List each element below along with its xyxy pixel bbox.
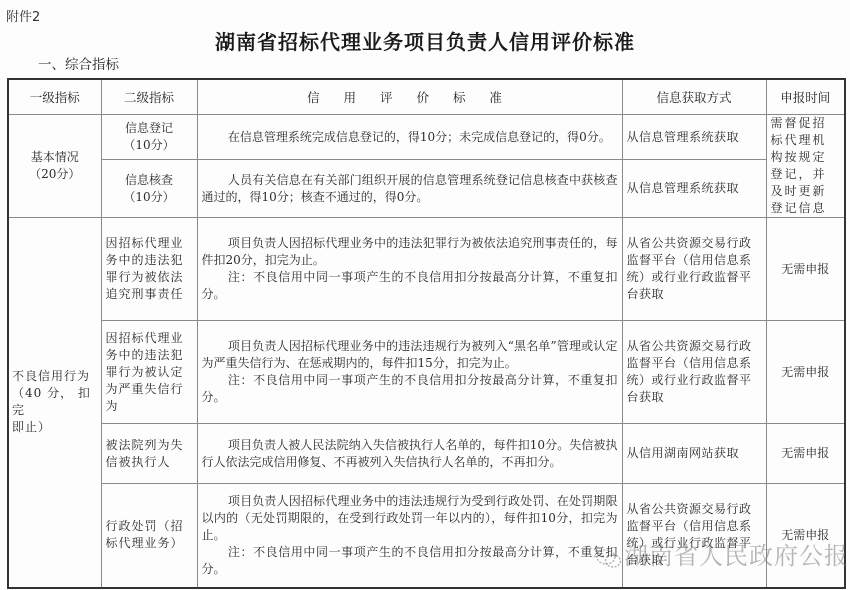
header-info-source: 信息获取方式 (622, 79, 766, 115)
secondary-indicator-line: 信息登记 (106, 120, 193, 137)
table-row: 不良信用行为 （40 分， 扣完 即止） 因招标代理业务中的违法犯罪行为被依法追… (8, 218, 845, 321)
criteria-paragraph: 项目负责人因招标代理业务中的违法违规行为被列入“黑名单”管理或认定为严重失信行为… (202, 338, 618, 372)
primary-indicator-line: （20分） (13, 166, 97, 183)
header-criteria: 信 用 评 价 标 准 (197, 79, 622, 115)
table-row: 因招标代理业务中的违法犯罪行为被认定为严重失信行为 项目负责人因招标代理业务中的… (8, 321, 845, 424)
table-row: 被法院列为失信被执行人 项目负责人被人民法院纳入失信被执行人名单的，每件扣10分… (8, 424, 845, 484)
report-time-cell: 无需申报 (766, 218, 845, 321)
wechat-icon (596, 547, 622, 567)
secondary-indicator-line: （10分） (106, 137, 193, 154)
primary-indicator-line: 基本情况 (13, 149, 97, 166)
info-source-cell: 从省公共资源交易行政监督平台（信用信息系统）或行业行政监督平台获取 (622, 218, 766, 321)
criteria-cell: 在信息管理系统完成信息登记的，得10分；未完成信息登记的，得0分。 (197, 115, 622, 160)
document-title: 湖南省招标代理业务项目负责人信用评价标准 (0, 26, 850, 55)
secondary-indicator-cell: 信息登记 （10分） (101, 115, 197, 160)
table-header-row: 一级指标 二级指标 信 用 评 价 标 准 信息获取方式 申报时间 (8, 79, 845, 115)
report-time-cell: 无需申报 (766, 321, 845, 424)
criteria-note: 注：不良信用中同一事项产生的不良信用扣分按最高分计算，不重复扣分。 (202, 372, 618, 406)
primary-indicator-line: 即止） (12, 419, 98, 436)
header-primary-indicator: 一级指标 (8, 79, 101, 115)
header-report-time: 申报时间 (766, 79, 845, 115)
secondary-indicator-cell: 被法院列为失信被执行人 (101, 424, 197, 484)
info-source-cell: 从信息管理系统获取 (622, 115, 766, 160)
info-source-cell: 从信用湖南网站获取 (622, 424, 766, 484)
table-row: 基本情况 （20分） 信息登记 （10分） 在信息管理系统完成信息登记的，得10… (8, 115, 845, 160)
info-source-cell: 从信息管理系统获取 (622, 160, 766, 218)
secondary-indicator-cell: 因招标代理业务中的违法犯罪行为被依法追究刑事责任 (101, 218, 197, 321)
criteria-note: 注：不良信用中同一事项产生的不良信用扣分按最高分计算，不重复扣分。 (202, 269, 618, 303)
criteria-paragraph: 在信息管理系统完成信息登记的，得10分；未完成信息登记的，得0分。 (202, 129, 618, 146)
criteria-cell: 项目负责人因招标代理业务中的违法违规行为受到行政处罚、在处罚期限以内的（无处罚期… (197, 484, 622, 588)
table-row: 信息核查 （10分） 人员有关信息在有关部门组织开展的信息管理系统登记信息核查中… (8, 160, 845, 218)
criteria-paragraph: 项目负责人因招标代理业务中的违法违规行为受到行政处罚、在处罚期限以内的（无处罚期… (202, 493, 618, 544)
primary-indicator-cell: 不良信用行为 （40 分， 扣完 即止） (8, 218, 101, 588)
header-secondary-indicator: 二级指标 (101, 79, 197, 115)
watermark: 湖南省人民政府公报 (596, 536, 849, 571)
primary-indicator-cell: 基本情况 （20分） (8, 115, 101, 218)
report-time-cell: 无需申报 (766, 424, 845, 484)
secondary-indicator-cell: 行政处罚（招标代理业务） (101, 484, 197, 588)
secondary-indicator-line: （10分） (106, 189, 193, 206)
credit-evaluation-table: 一级指标 二级指标 信 用 评 价 标 准 信息获取方式 申报时间 基本情况 （… (7, 78, 846, 589)
primary-indicator-line: （40 分， 扣完 (12, 385, 98, 419)
criteria-paragraph: 项目负责人因招标代理业务中的违法犯罪行为被依法追究刑事责任的，每件扣20分，扣完… (202, 235, 618, 269)
info-source-cell: 从省公共资源交易行政监督平台（信用信息系统）或行业行政监督平台获取 (622, 321, 766, 424)
criteria-paragraph: 项目负责人被人民法院纳入失信被执行人名单的，每件扣10分。失信被执行人依法完成信… (202, 437, 618, 471)
report-time-cell: 需督促招标代理机构按规定登记，并及时更新登记信息 (766, 115, 845, 218)
criteria-cell: 项目负责人因招标代理业务中的违法犯罪行为被依法追究刑事责任的，每件扣20分，扣完… (197, 218, 622, 321)
attachment-label: 附件2 (6, 6, 40, 25)
criteria-cell: 人员有关信息在有关部门组织开展的信息管理系统登记信息核查中获核查通过的，得10分… (197, 160, 622, 218)
criteria-cell: 项目负责人因招标代理业务中的违法违规行为被列入“黑名单”管理或认定为严重失信行为… (197, 321, 622, 424)
secondary-indicator-cell: 因招标代理业务中的违法犯罪行为被认定为严重失信行为 (101, 321, 197, 424)
watermark-text: 湖南省人民政府公报 (624, 542, 849, 570)
criteria-paragraph: 人员有关信息在有关部门组织开展的信息管理系统登记信息核查中获核查通过的，得10分… (202, 172, 618, 206)
criteria-note: 注：不良信用中同一事项产生的不良信用扣分按最高分计算，不重复扣分。 (202, 544, 618, 578)
criteria-cell: 项目负责人被人民法院纳入失信被执行人名单的，每件扣10分。失信被执行人依法完成信… (197, 424, 622, 484)
secondary-indicator-line: 信息核查 (106, 172, 193, 189)
section-heading: 一、综合指标 (38, 53, 119, 73)
secondary-indicator-cell: 信息核查 （10分） (101, 160, 197, 218)
primary-indicator-line: 不良信用行为 (12, 368, 98, 385)
